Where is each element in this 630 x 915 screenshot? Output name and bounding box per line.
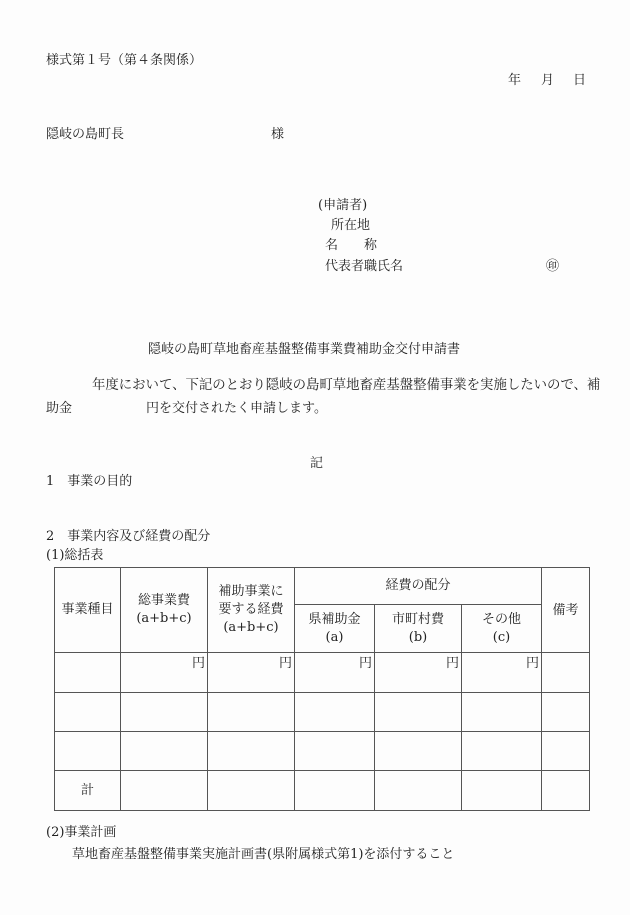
header-cost-allocation: 経費の配分 [295,568,542,605]
total-label: 計 [55,771,121,811]
header-total-cost: 総事業費(a+b+c) [121,568,208,653]
cell[interactable] [462,693,542,732]
table-row-total: 計 [55,771,590,811]
cell[interactable] [55,732,121,771]
header-other: その他(c) [462,605,542,653]
date-month: 月 [541,73,554,89]
cell[interactable] [295,771,375,811]
cell-yen[interactable]: 円 [208,653,295,693]
cell[interactable] [375,732,462,771]
cell[interactable] [542,732,590,771]
applicant-address-label: 所在地 [331,218,370,234]
cell[interactable] [208,732,295,771]
ki-heading: 記 [310,456,323,472]
body-line-2-suffix: 円を交付されたく申請します。 [146,401,327,417]
table-row [55,693,590,732]
applicant-representative-label: 代表者職氏名 [325,259,403,275]
table-row: 円 円 円 円 円 [55,653,590,693]
applicant-heading: (申請者) [318,198,367,214]
header-subsidized-cost: 補助事業に要する経費(a+b+c) [208,568,295,653]
cell[interactable] [208,693,295,732]
addressee-name: 隠岐の島町長 [46,127,124,143]
seal-mark: ㊞ [546,259,559,275]
cell[interactable] [55,693,121,732]
cell[interactable] [462,732,542,771]
cell[interactable] [295,693,375,732]
cell-yen[interactable]: 円 [375,653,462,693]
cell-yen[interactable]: 円 [295,653,375,693]
header-prefecture-subsidy: 県補助金(a) [295,605,375,653]
cell[interactable] [542,771,590,811]
cell[interactable] [208,771,295,811]
cell[interactable] [462,771,542,811]
body-line-1: 年度において、下記のとおり隠岐の島町草地畜産基盤整備事業を実施したいので、補 [92,378,600,394]
cell[interactable] [542,693,590,732]
cell[interactable] [121,771,208,811]
cell[interactable] [121,732,208,771]
cell[interactable] [542,653,590,693]
section-2-heading: 2 事業内容及び経費の配分 [46,529,210,545]
document-title: 隠岐の島町草地畜産基盤整備事業費補助金交付申請書 [148,342,460,358]
section-2-1-heading: (1)総括表 [46,548,103,564]
summary-table: 事業種目 総事業費(a+b+c) 補助事業に要する経費(a+b+c) 経費の配分… [54,567,590,811]
section-1-heading: 1 事業の目的 [46,474,132,490]
applicant-name-label: 名 称 [325,238,377,254]
section-2-2-heading: (2)事業計画 [46,825,116,841]
cell[interactable] [295,732,375,771]
cell[interactable] [55,653,121,693]
body-line-2-prefix: 助金 [46,401,72,417]
cell[interactable] [375,693,462,732]
table-row [55,732,590,771]
cell-yen[interactable]: 円 [462,653,542,693]
cell[interactable] [121,693,208,732]
addressee-honorific: 様 [271,127,284,143]
cell[interactable] [375,771,462,811]
section-2-2-note: 草地畜産基盤整備事業実施計画書(県附属様式第1)を添付すること [72,847,454,863]
header-municipal-cost: 市町村費(b) [375,605,462,653]
header-remarks: 備考 [542,568,590,653]
cell-yen[interactable]: 円 [121,653,208,693]
header-business-type: 事業種目 [55,568,121,653]
date-day: 日 [573,73,586,89]
date-year: 年 [508,73,521,89]
form-number: 様式第１号（第４条関係） [46,53,202,69]
